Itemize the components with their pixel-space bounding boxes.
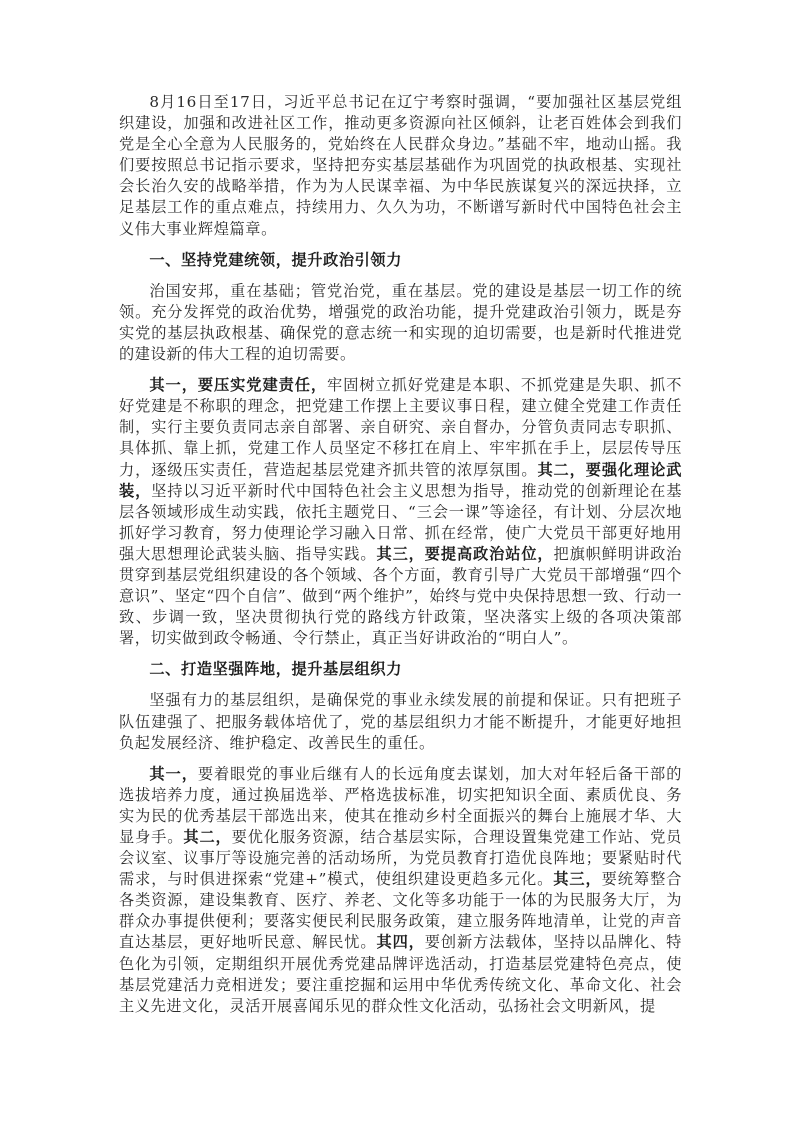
point-3-label: 其三，要提高政治站位， bbox=[377, 545, 554, 563]
section-2-lead-paragraph: 坚强有力的基层组织，是确保党的事业永续发展的前提和保证。只有把班子队伍建强了、把… bbox=[119, 690, 682, 753]
document-page: 8月16日至17日，习近平总书记在辽宁考察时强调，“要加强社区基层党组织建设，加… bbox=[119, 92, 682, 1027]
point-4-label: 其四， bbox=[377, 933, 425, 951]
point-2-label: 其二， bbox=[183, 828, 231, 846]
section-heading-1: 一、坚持党建统领，提升政治引领力 bbox=[119, 250, 682, 271]
section-2-points-paragraph: 其一，要着眼党的事业后继有人的长远角度去谋划，加大对年轻后备干部的选拔培养力度，… bbox=[119, 764, 682, 1017]
point-1-label: 其一， bbox=[149, 765, 197, 783]
section-heading-2: 二、打造坚强阵地，提升基层组织力 bbox=[119, 659, 682, 680]
intro-paragraph: 8月16日至17日，习近平总书记在辽宁考察时强调，“要加强社区基层党组织建设，加… bbox=[119, 92, 682, 240]
section-1-points-paragraph: 其一，要压实党建责任，牢固树立抓好党建是本职、不抓党建是失职、抓不好党建是不称职… bbox=[119, 375, 682, 649]
point-3-label: 其三， bbox=[553, 870, 601, 888]
section-1-lead-paragraph: 治国安邦，重在基础；管党治党，重在基层。党的建设是基层一切工作的统领。充分发挥党… bbox=[119, 281, 682, 365]
point-1-label: 其一，要压实党建责任， bbox=[149, 376, 327, 394]
